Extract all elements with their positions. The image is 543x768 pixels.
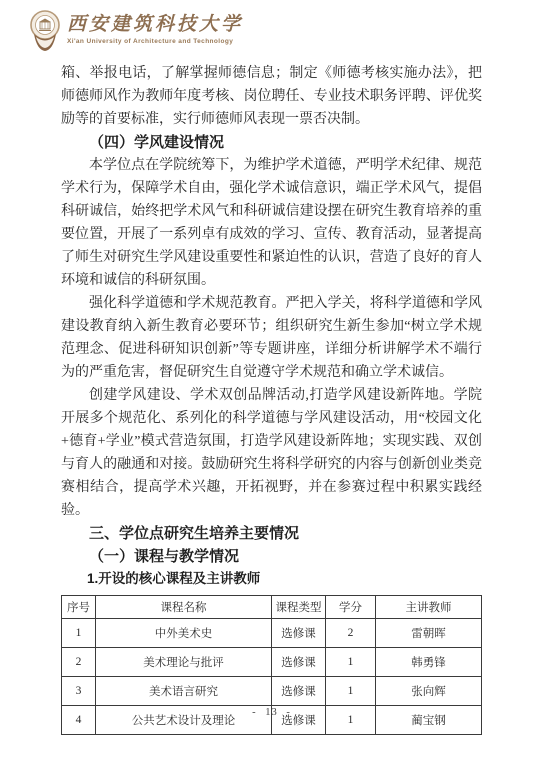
- paragraph-brand-activities: 创建学风建设、学术双创品牌活动,打造学风建设新阵地。学院开展多个规范化、系列化的…: [61, 384, 482, 522]
- document-body: 箱、举报电话，了解掌握师德信息；制定《师德考核实施办法》，把师德师风作为教师年度…: [61, 62, 482, 735]
- university-header: 西安建筑科技大学 Xi'an University of Architectur…: [29, 10, 243, 52]
- university-emblem-icon: [29, 10, 61, 52]
- cell-credits: 2: [326, 619, 376, 648]
- table-header-row: 序号 课程名称 课程类型 学分 主讲教师: [62, 596, 482, 619]
- cell-lecturer: 韩勇锋: [376, 648, 482, 677]
- col-header-course-type: 课程类型: [272, 596, 326, 619]
- col-header-index: 序号: [62, 596, 96, 619]
- university-name-block: 西安建筑科技大学 Xi'an University of Architectur…: [67, 10, 243, 45]
- document-page: 西安建筑科技大学 Xi'an University of Architectur…: [0, 0, 543, 768]
- cell-credits: 1: [326, 648, 376, 677]
- cell-lecturer: 雷朝晖: [376, 619, 482, 648]
- cell-course-name: 美术理论与批评: [96, 648, 272, 677]
- cell-course-type: 选修课: [272, 648, 326, 677]
- section-heading-3: 三、学位点研究生培养主要情况: [61, 522, 482, 545]
- subsection-heading-1: （一）课程与教学情况: [61, 545, 482, 568]
- university-name-english: Xi'an University of Architecture and Tec…: [67, 38, 243, 45]
- cell-index: 2: [62, 648, 96, 677]
- page-footer: - 13 -: [0, 702, 543, 720]
- col-header-credits: 学分: [326, 596, 376, 619]
- cell-course-name: 中外美术史: [96, 619, 272, 648]
- col-header-lecturer: 主讲教师: [376, 596, 482, 619]
- page-number: - 13 -: [252, 707, 291, 718]
- table-row: 2 美术理论与批评 选修课 1 韩勇锋: [62, 648, 482, 677]
- paragraph-continuation: 箱、举报电话，了解掌握师德信息；制定《师德考核实施办法》，把师德师风作为教师年度…: [61, 62, 482, 131]
- item-heading-core-courses: 1.开设的核心课程及主讲教师: [61, 568, 482, 590]
- paragraph-discipline-overview: 本学位点在学院统筹下，为维护学术道德，严明学术纪律、规范学术行为，保障学术自由，…: [61, 154, 482, 292]
- col-header-course-name: 课程名称: [96, 596, 272, 619]
- table-row: 1 中外美术史 选修课 2 雷朝晖: [62, 619, 482, 648]
- paragraph-ethics-education: 强化科学道德和学术规范教育。严把入学关，将科学道德和学风建设教育纳入新生教育必要…: [61, 292, 482, 384]
- section-heading-4: （四）学风建设情况: [61, 131, 482, 154]
- university-name-chinese: 西安建筑科技大学: [67, 14, 243, 36]
- cell-course-type: 选修课: [272, 619, 326, 648]
- cell-index: 1: [62, 619, 96, 648]
